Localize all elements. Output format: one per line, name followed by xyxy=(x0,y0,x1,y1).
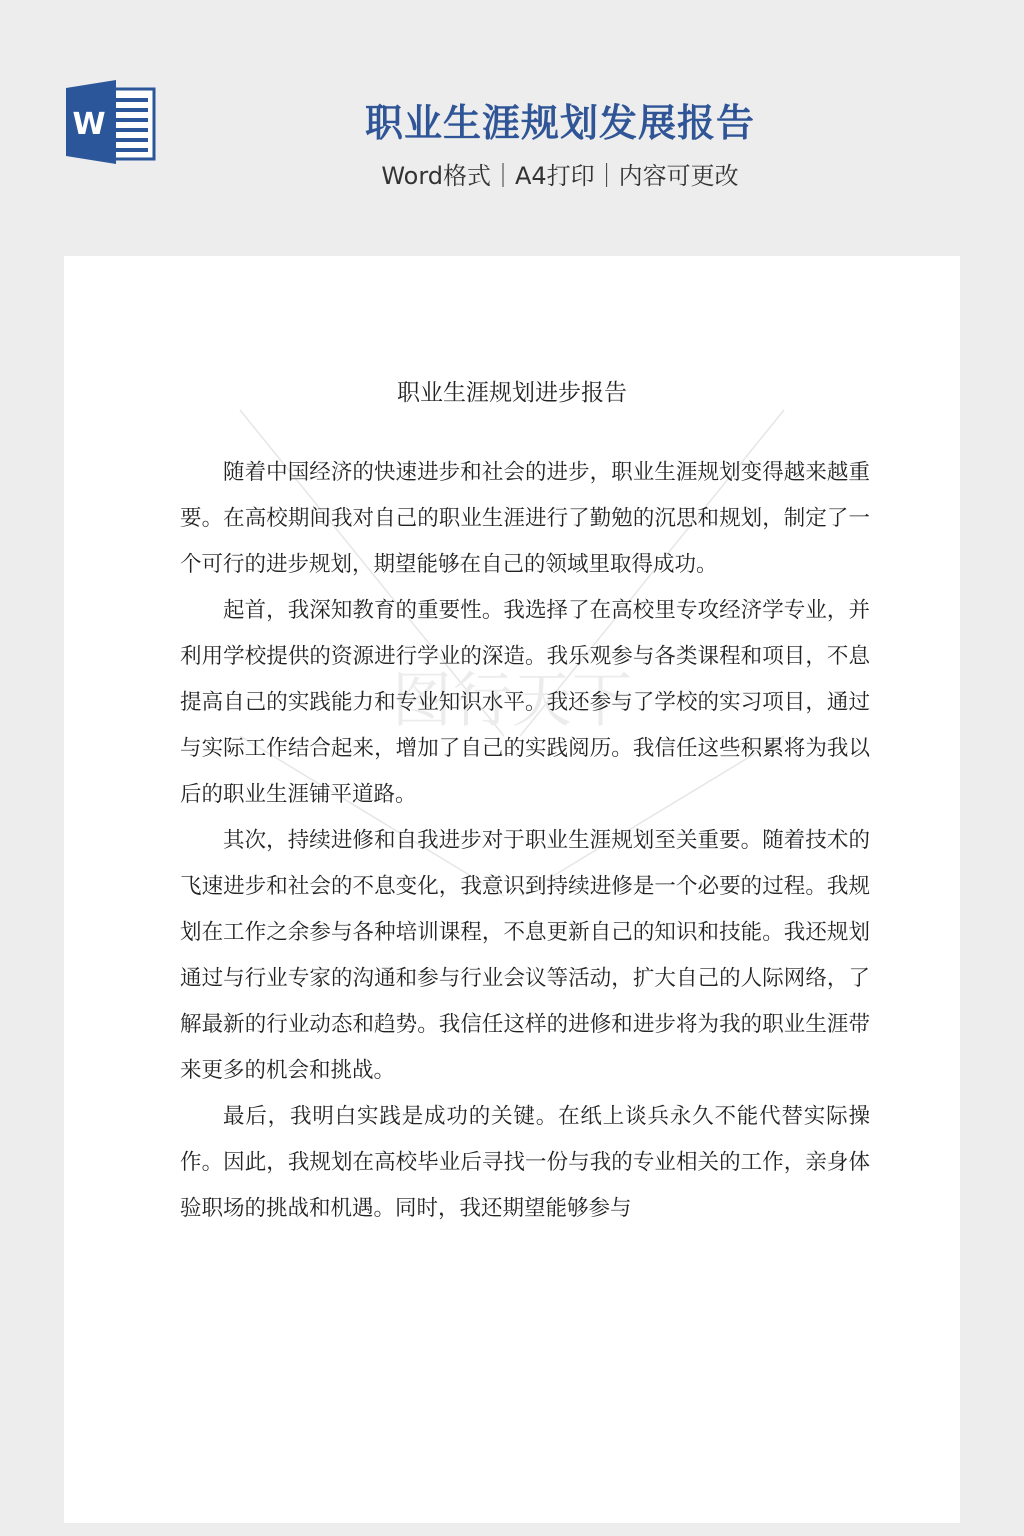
document-title: 职业生涯规划进步报告 xyxy=(64,374,960,407)
header-subtitle: Word格式｜A4打印｜内容可更改 xyxy=(300,156,820,191)
paragraph: 最后，我明白实践是成功的关键。在纸上谈兵永久不能代替实际操作。因此，我规划在高校… xyxy=(180,1094,870,1232)
document-body: 随着中国经济的快速进步和社会的进步，职业生涯规划变得越来越重要。在高校期间我对自… xyxy=(180,450,870,1232)
header-title: 职业生涯规划发展报告 xyxy=(300,92,820,147)
word-document-icon: W xyxy=(64,80,156,164)
header: W 职业生涯规划发展报告 Word格式｜A4打印｜内容可更改 xyxy=(0,0,1024,256)
paragraph: 起首，我深知教育的重要性。我选择了在高校里专攻经济学专业，并利用学校提供的资源进… xyxy=(180,588,870,818)
paragraph: 随着中国经济的快速进步和社会的进步，职业生涯规划变得越来越重要。在高校期间我对自… xyxy=(180,450,870,588)
svg-text:W: W xyxy=(72,107,105,142)
paragraph: 其次，持续进修和自我进步对于职业生涯规划至关重要。随着技术的飞速进步和社会的不息… xyxy=(180,818,870,1094)
document-page: 图行天下 职业生涯规划进步报告 随着中国经济的快速进步和社会的进步，职业生涯规划… xyxy=(64,256,960,1523)
